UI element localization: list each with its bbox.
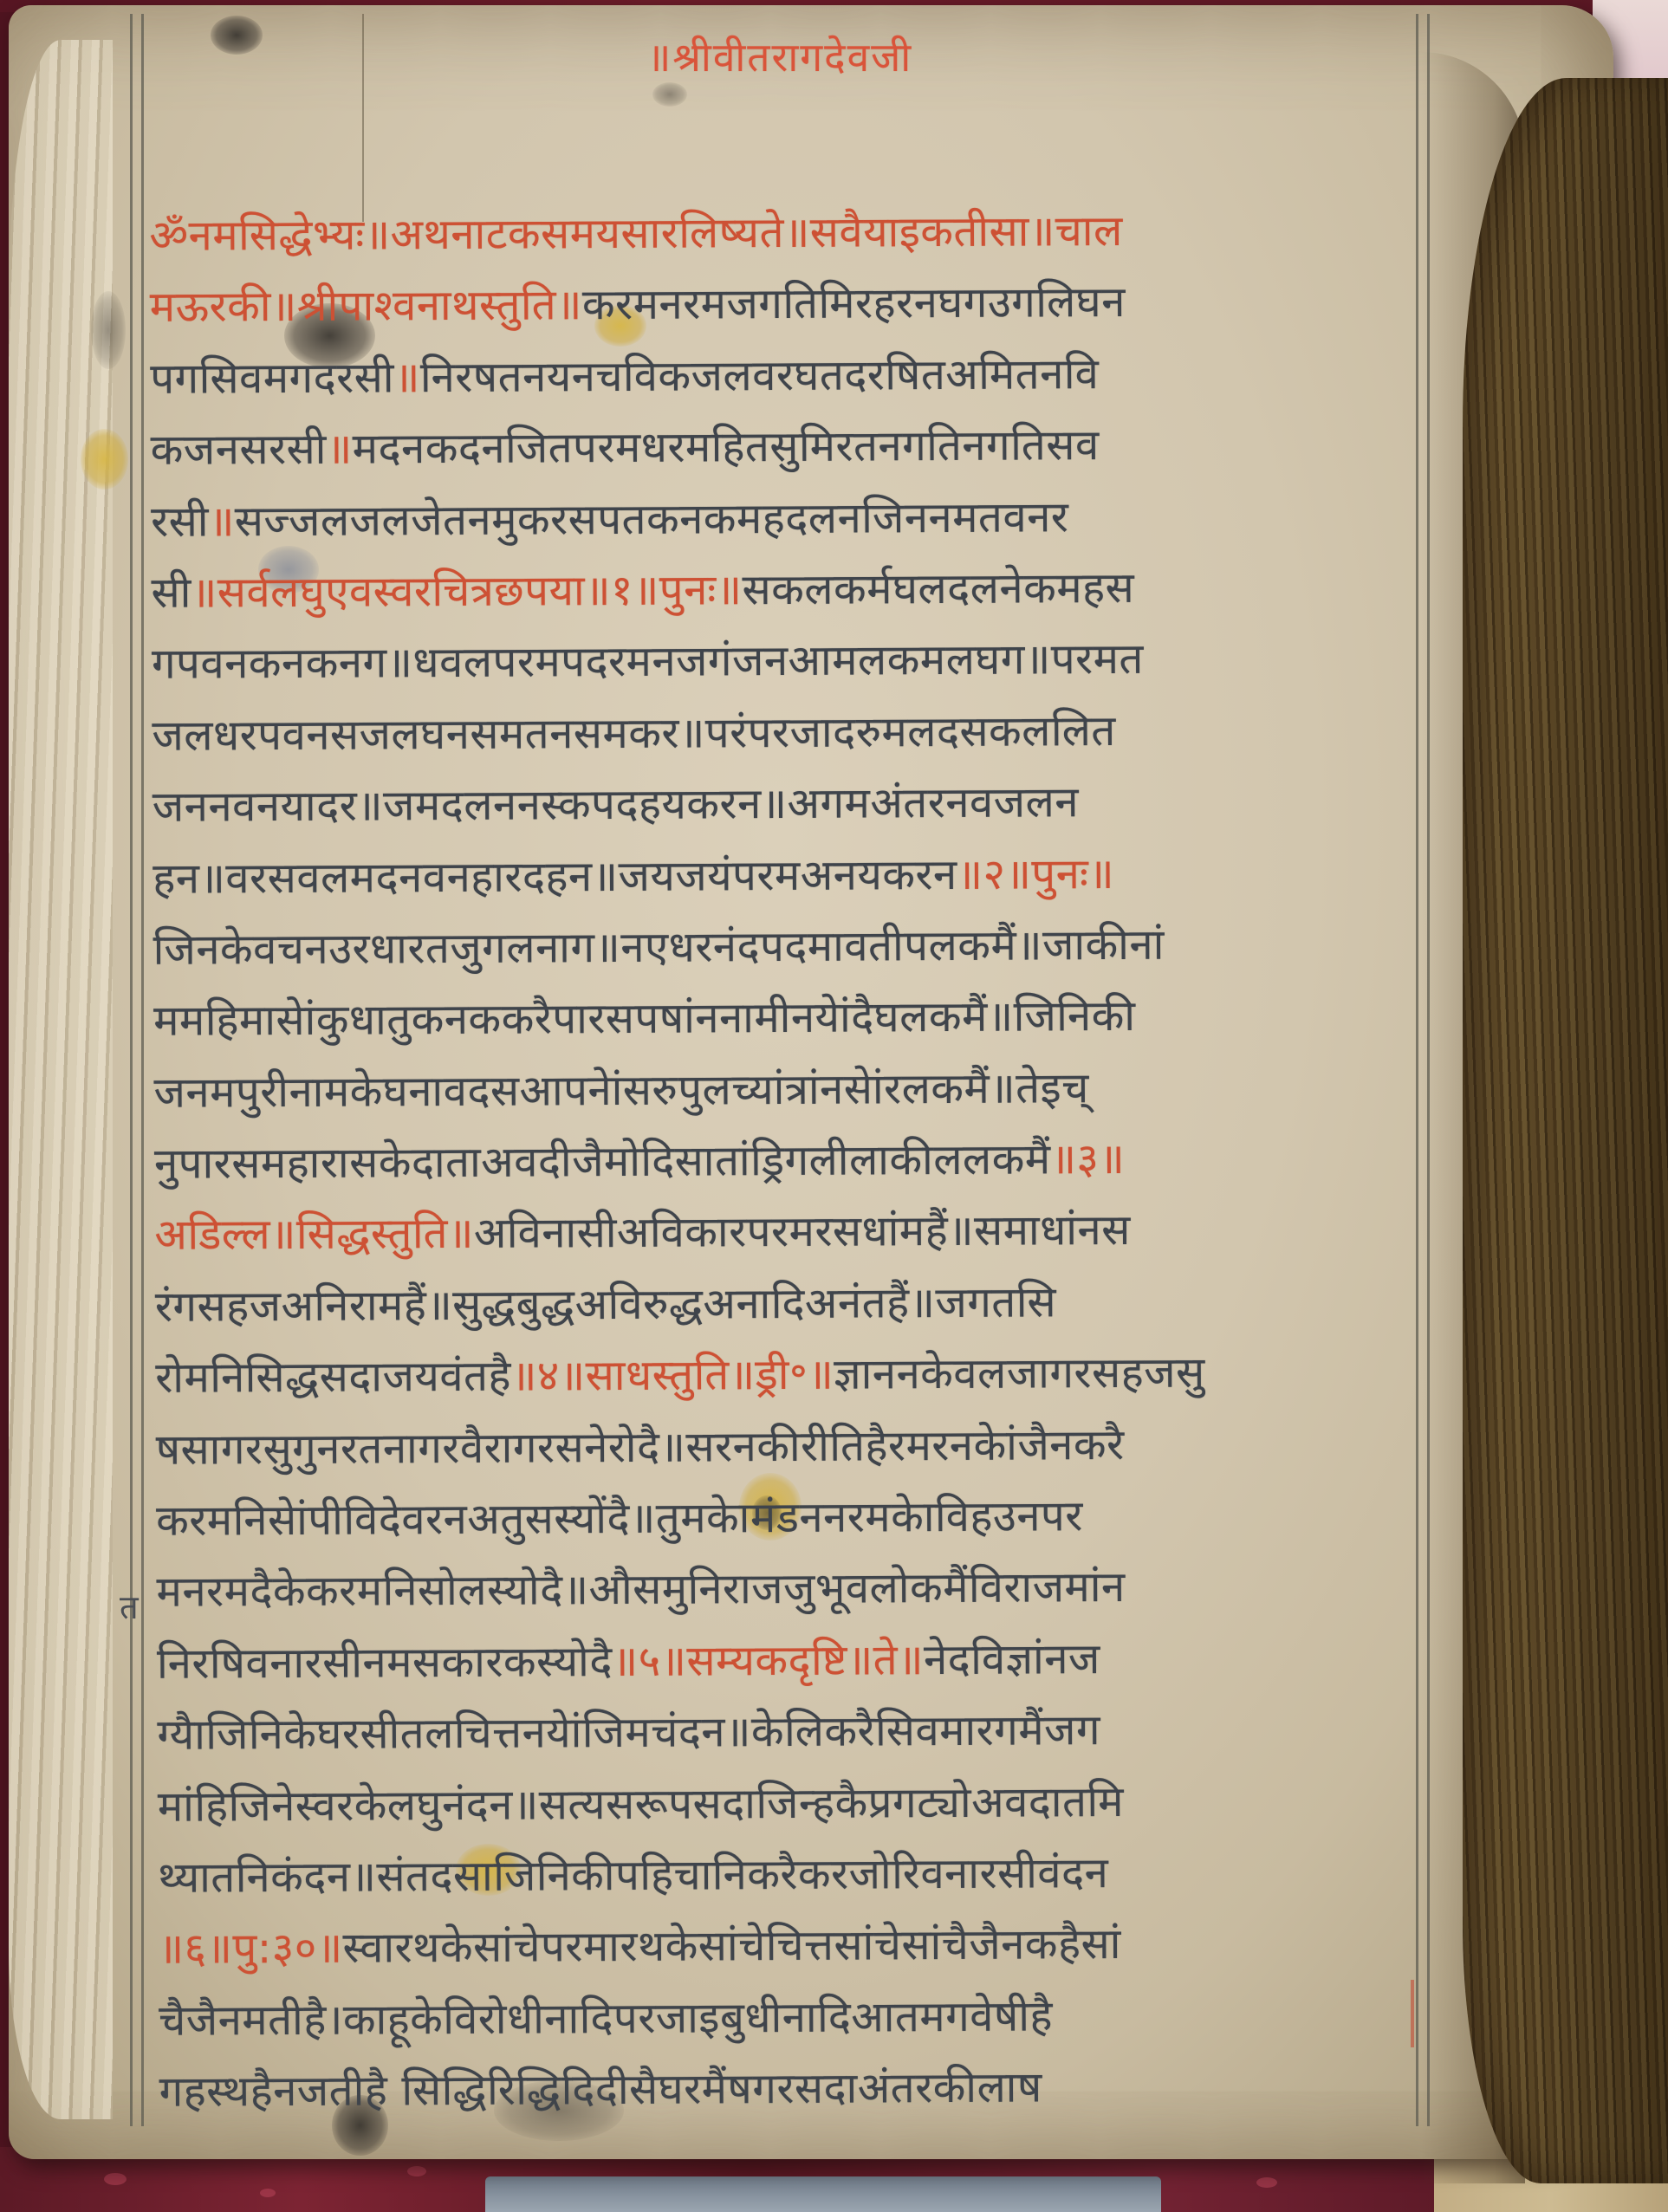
manuscript-line: ॐनमसिद्धेभ्यः॥अथनाटकसमयसारलिष्यते॥सवैयाइ… [149, 194, 1407, 272]
manuscript-line: ममहिमासेांकुधातुकनककरैपारसपषांननामीनयेां… [153, 979, 1412, 1057]
manuscript-line: रंगसहजअनिरामहैं॥सुद्धबुद्धअविरुद्धअनादिअ… [155, 1265, 1413, 1343]
manuscript-line: गहस्थहैनजतीहै सिद्धिरिद्धिदिदीसैघरमैंषगर… [159, 2050, 1417, 2128]
black-ink-text: चैजैनमतीहै।काहूकेविरोधीनादिपरजाइबुधीनादि… [159, 1991, 1053, 2045]
manuscript-line: रसी॥सज्जलजलजेतनमुकरसपतकनकमहदलनजिननमतवनर [151, 480, 1409, 558]
manuscript-line: थ्यातनिकंदन॥संतदसाजिनिकीपहिचानिकरैकरजोरि… [158, 1836, 1416, 1914]
cloth-speck [260, 2189, 276, 2197]
black-ink-text: गपवनकनकनग॥धवलपरमपदरमनजगंजनआमलकमलघग॥परमत [152, 634, 1144, 689]
black-ink-text: षसागरसुगुनरतनागरवैरागरसनेरोदै॥सरनकीरीतिह… [156, 1420, 1125, 1475]
manuscript-line: रोमनिसिद्धसदाजयवंतहै॥४॥साधस्तुति॥ड्री॰॥ज… [155, 1336, 1413, 1414]
red-ink-text: ॥२॥पुनः॥ [957, 849, 1115, 899]
red-ink-text: ॥३॥ [1050, 1134, 1125, 1184]
black-ink-text: मांहिजिनेस्वरकेलघुनंदन॥सत्यसरूपसदाजिन्हक… [158, 1777, 1124, 1832]
red-ink-text: ॥ [394, 353, 420, 402]
black-ink-text: जननवनयादर॥जमदलननस्कपदहयकरन॥अगमअंतरनवजलन [153, 777, 1079, 832]
manuscript-line: करमनिसेांपीविदेवरनअतुसस्योंदै॥तुमकेामंडन… [156, 1479, 1414, 1557]
manuscript-line: गपवनकनकनग॥धवलपरमपदरमनजगंजनआमलकमलघग॥परमत [152, 623, 1410, 701]
manuscript-line: जननवनयादर॥जमदलननस्कपदहयकरन॥अगमअंतरनवजलन [153, 765, 1411, 843]
table-edge-band [485, 2176, 1161, 2212]
smudge [91, 291, 126, 369]
manuscript-line: निरषिवनारसीनमसकारकस्योदै॥५॥सम्यकदृष्टि॥त… [157, 1622, 1415, 1700]
left-margin-rule [130, 14, 133, 2126]
black-ink-text: गहस्थहैनजतीहै सिद्धिरिद्धिदिदीसैघरमैंषगर… [159, 2063, 1042, 2117]
red-ink-text: ॥सर्वलघुएवस्वरचित्रछपया॥१॥पुनः॥ [191, 565, 743, 617]
black-ink-text: अविनासीअविकारपरमरसधांमहैं॥समाधांनस [474, 1205, 1131, 1258]
red-ink-text: ॥६॥पु:३०॥ [159, 1923, 343, 1974]
black-ink-text: नुपारसमहारासकेदाताअवदीजैमोदिसातांड्रिगली… [154, 1134, 1051, 1188]
manuscript-page: ॥श्रीवीतरागदेवजी ॐनमसिद्धेभ्यः॥अथनाटकसमय… [9, 5, 1613, 2159]
black-ink-text: करमनिसेांपीविदेवरनअतुसस्योंदै॥तुमकेामंडन… [156, 1491, 1083, 1546]
manuscript-line: कजनसरसी॥मदनकदनजितपरमधरमहितसुमिरतनगतिनगति… [150, 408, 1408, 486]
ink-stain [652, 82, 687, 107]
manuscript-line: मऊरकी॥श्रीपाश्वनाथस्तुति॥करमनरमजगतिमिरहर… [150, 266, 1408, 344]
red-ink-text: ॐनमसिद्धेभ्यः॥अथनाटकसमयसारलिष्यते॥सवैयाइ… [149, 206, 1123, 261]
manuscript-line: मनरमदैकेकरमनिसोलस्योदै॥औसमुनिराजजुभूवलोक… [156, 1551, 1414, 1629]
black-ink-text: थ्यातनिकंदन॥संतदसाजिनिकीपहिचानिकरैकरजोरि… [158, 1848, 1108, 1903]
manuscript-line: ग्यैाजिनिकेघरसीतलचित्तनयेांजिमचंदन॥केलिक… [157, 1693, 1415, 1771]
manuscript-line: मांहिजिनेस्वरकेलघुनंदन॥सत्यसरूपसदाजिन्हक… [158, 1765, 1416, 1843]
black-ink-text: हन॥वरसवलमदनवनहारदहन॥जयजयंपरमअनयकरन [153, 849, 957, 903]
red-ink-text: ॥ [327, 425, 353, 474]
black-ink-text: सी [151, 568, 191, 618]
margin-note-left: त [120, 1584, 139, 1629]
black-ink-text: मनरमदैकेकरमनिसोलस्योदै॥औसमुनिराजजुभूवलोक… [156, 1562, 1125, 1617]
manuscript-line: षसागरसुगुनरतनागरवैरागरसनेरोदै॥सरनकीरीतिह… [156, 1408, 1414, 1486]
manuscript-line: पगसिवमगदरसी॥निरषतनयनचविकजलवरघतदरषितअमितन… [150, 337, 1408, 415]
page-title: ॥श्रीवीतरागदेवजी [147, 29, 1412, 83]
right-margin-rule [1416, 14, 1418, 2126]
stacked-leaf-edges-right [1463, 78, 1668, 2183]
black-ink-text: करमनरमजगतिमिरहरनघगउगलिघन [582, 277, 1126, 329]
black-ink-text: ममहिमासेांकुधातुकनककरैपारसपषांननामीनयेां… [153, 991, 1136, 1046]
black-ink-text: सकलकर्मघलदलनेकमहस [742, 563, 1134, 614]
black-ink-text: रसी [151, 496, 209, 546]
black-ink-text: निरषिवनारसीनमसकारकस्योदै [157, 1637, 613, 1689]
red-ink-text: मऊरकी॥श्रीपाश्वनाथस्तुति॥ [150, 281, 582, 333]
manuscript-line: जलधरपवनसजलघनसमतनसमकर॥परंपरजादरुमलदसकललित [152, 694, 1410, 772]
manuscript-photo: ॥श्रीवीतरागदेवजी ॐनमसिद्धेभ्यः॥अथनाटकसमय… [0, 0, 1668, 2212]
black-ink-text: स्वारथकेसांचेपरमारथकेसांचेचित्तसांचेसांच… [342, 1919, 1121, 1973]
red-ink-text: अडिल्ल॥सिद्धस्तुति॥ [154, 1209, 474, 1260]
red-ink-text: ॥ [209, 496, 235, 546]
manuscript-line: अडिल्ल॥सिद्धस्तुति॥अविनासीअविकारपरमरसधां… [154, 1194, 1412, 1272]
black-ink-text: नेदविज्ञांनज [924, 1634, 1100, 1684]
text-block: ॐनमसिद्धेभ्यः॥अथनाटकसमयसारलिष्यते॥सवैयाइ… [149, 194, 1418, 2128]
black-ink-text: जनमपुरीनामकेघनावदसआपनेांसरुपुलच्यांत्रां… [153, 1063, 1088, 1118]
cloth-speck [1256, 2177, 1277, 2188]
black-ink-text: ग्यैाजिनिकेघरसीतलचित्तनयेांजिमचंदन॥केलिक… [157, 1705, 1100, 1760]
yellow-stain [81, 429, 128, 490]
black-ink-text: जिनकेवचनउरधारतजुगलनाग॥नएधरनंदपदमावतीपलकम… [153, 920, 1165, 975]
black-ink-text: पगसिवमगदरसी [150, 353, 394, 403]
red-ink-text: ॥५॥सम्यकदृष्टि॥ते॥ [613, 1635, 925, 1686]
manuscript-line: सी॥सर्वलघुएवस्वरचित्रछपया॥१॥पुनः॥सकलकर्म… [151, 551, 1409, 629]
left-margin-rule [141, 14, 144, 2126]
cloth-speck [407, 2166, 426, 2176]
black-ink-text: सज्जलजलजेतनमुकरसपतकनकमहदलनजिननमतवनर [235, 492, 1069, 546]
manuscript-line: जनमपुरीनामकेघनावदसआपनेांसरुपुलच्यांत्रां… [153, 1051, 1412, 1129]
manuscript-line: जिनकेवचनउरधारतजुगलनाग॥नएधरनंदपदमावतीपलकम… [153, 908, 1412, 986]
black-ink-text: ज्ञाननकेवलजागरसहजसु [834, 1348, 1205, 1399]
black-ink-text: जलधरपवनसजलघनसमतनसमकर॥परंपरजादरुमलदसकललित [152, 706, 1116, 761]
cloth-speck [104, 2173, 127, 2185]
red-ink-text: ॥४॥साधस्तुति॥ड्री॰॥ [511, 1350, 834, 1401]
black-ink-text: मदनकदनजितपरमधरमहितसुमिरतनगतिनगतिसव [353, 420, 1100, 474]
manuscript-line: हन॥वरसवलमदनवनहारदहन॥जयजयंपरमअनयकरन॥२॥पुन… [153, 837, 1411, 915]
manuscript-line: नुपारसमहारासकेदाताअवदीजैमोदिसातांड्रिगली… [154, 1122, 1412, 1200]
black-ink-text: रंगसहजअनिरामहैं॥सुद्धबुद्धअविरुद्धअनादिअ… [155, 1277, 1057, 1331]
manuscript-line: चैजैनमतीहै।काहूकेविरोधीनादिपरजाइबुधीनादि… [159, 1979, 1417, 2057]
black-ink-text: रोमनिसिद्धसदाजयवंतहै [155, 1352, 511, 1403]
black-ink-text: निरषतनयनचविकजलवरघतदरषितअमितनवि [420, 349, 1100, 402]
manuscript-line: ॥६॥पु:३०॥स्वारथकेसांचेपरमारथकेसांचेचित्त… [159, 1908, 1417, 1986]
black-ink-text: कजनसरसी [151, 425, 327, 475]
